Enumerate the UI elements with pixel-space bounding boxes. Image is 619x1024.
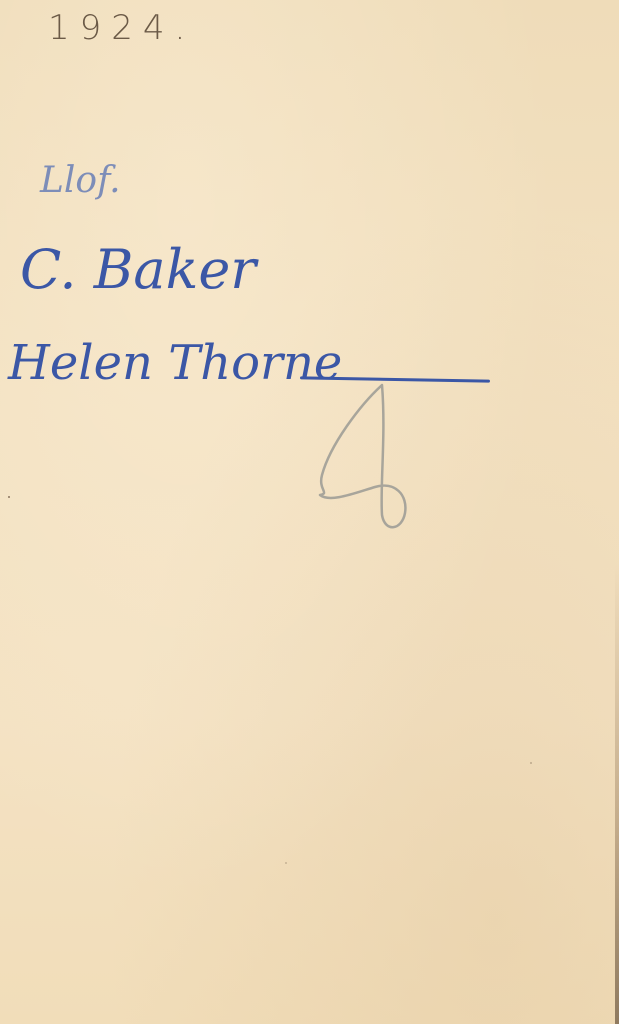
handwritten-line-1: Llof. (40, 160, 121, 201)
paper-speck (285, 862, 287, 864)
page-edge-shadow (615, 0, 619, 1024)
pencil-mark-icon (300, 375, 420, 535)
document-page: 1924. Llof. C. Baker Helen Thorne (0, 0, 619, 1024)
handwritten-name-baker: C. Baker (20, 238, 256, 301)
paper-speck (8, 496, 10, 498)
handwritten-name-thorne: Helen Thorne (8, 335, 342, 391)
handwritten-date: 1924. (48, 8, 195, 48)
paper-speck (530, 762, 532, 764)
